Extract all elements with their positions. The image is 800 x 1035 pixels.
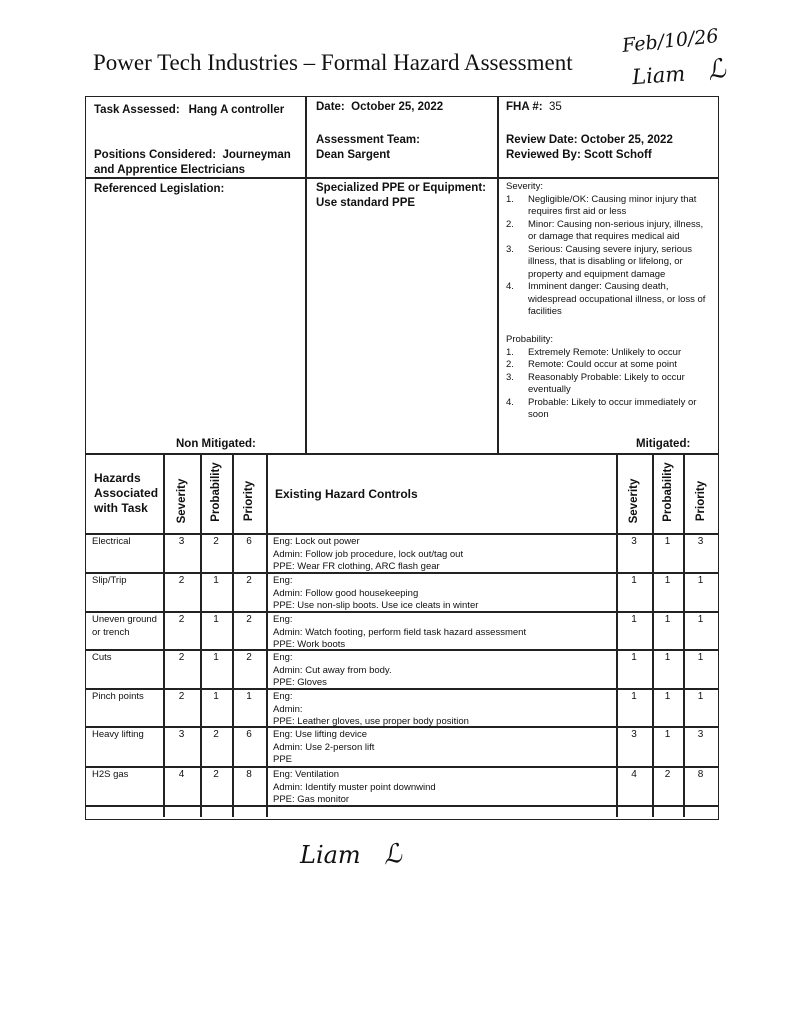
positions-considered-field: Positions Considered: Journeyman and App… [94,148,304,178]
hazard-name: Uneven ground or trench [86,611,163,649]
probability-legend-title: Probability: [506,334,714,347]
mitigated-probability-column-header-text: Probability [662,462,674,521]
hazard-controls: Eng:Admin:PPE: Leather gloves, use prope… [266,688,616,726]
non-mitigated-priority: 6 [232,533,266,572]
mitigated-priority: 3 [683,533,718,572]
mitigated-priority-column-header-text: Priority [695,481,707,521]
engineering-control: Eng: [273,614,616,627]
mitigated-priority: 1 [683,572,718,611]
mitigated-probability: 1 [652,688,683,726]
ppe-control: PPE [273,754,616,767]
document-title: Power Tech Industries – Formal Hazard As… [93,50,573,76]
engineering-control: Eng: Use lifting device [273,729,616,742]
non-mitigated-priority: 2 [232,649,266,688]
severity-legend-item-number: 2. [506,219,528,244]
hazard-name: Heavy lifting [86,726,163,766]
ppe-value: Use standard PPE [316,196,496,211]
hazard-table: Hazards Associated with TaskSeverityProb… [85,454,719,820]
severity-legend-title: Severity: [506,181,714,194]
severity-legend: Severity: 1.Negligible/OK: Causing minor… [506,181,714,319]
probability-legend-item-number: 2. [506,359,528,372]
task-assessed-field: Task Assessed: Hang A controller [94,100,304,118]
mitigated-probability: 1 [652,611,683,649]
mitigated-label: Mitigated: [636,437,716,452]
severity-legend-item: 3.Serious: Causing severe injury, seriou… [506,244,714,282]
admin-control: Admin: Follow job procedure, lock out/ta… [273,549,616,562]
severity-legend-item-number: 3. [506,244,528,282]
hazard-controls: Eng: Use lifting deviceAdmin: Use 2-pers… [266,726,616,766]
probability-legend-item-text: Probable: Likely to occur immediately or… [528,397,714,422]
handwritten-date: Feb/10/26 [621,25,719,57]
controls-column-header: Existing Hazard Controls [266,455,616,533]
mitigated-priority: 1 [683,688,718,726]
severity-legend-item-text: Imminent danger: Causing death, widespre… [528,281,714,319]
mitigated-priority: 3 [683,726,718,766]
probability-legend-list: 1.Extremely Remote: Unlikely to occur2.R… [506,347,714,422]
hazard-controls: Eng:Admin: Follow good housekeepingPPE: … [266,572,616,611]
severity-legend-item-number: 4. [506,281,528,319]
mitigated-severity-column-header-text: Severity [628,479,640,524]
mitigated-severity: 1 [616,688,652,726]
handwritten-signature-bottom: Liamℒ [300,840,401,870]
non-mitigated-severity: 2 [163,688,200,726]
severity-legend-list: 1.Negligible/OK: Causing minor injury th… [506,194,714,319]
priority-column-header-text: Priority [243,481,255,521]
admin-control: Admin: Watch footing, perform field task… [273,627,616,640]
mitigated-probability: 1 [652,572,683,611]
non-mitigated-priority: 2 [232,572,266,611]
mitigated-probability-column-header: Probability [652,455,683,533]
admin-control: Admin: Use 2-person lift [273,742,616,755]
handwritten-signature-top: Liamℒ [631,55,727,91]
probability-legend-item: 1.Extremely Remote: Unlikely to occur [506,347,714,360]
mitigated-probability: 2 [652,766,683,805]
probability-legend-item: 2.Remote: Could occur at some point [506,359,714,372]
probability-legend-item-number: 3. [506,372,528,397]
referenced-legislation-label: Referenced Legislation: [94,182,304,197]
severity-legend-item-text: Serious: Causing severe injury, serious … [528,244,714,282]
probability-legend-item-text: Extremely Remote: Unlikely to occur [528,347,681,360]
task-assessed-value: Hang A controller [189,104,285,116]
review-field: Review Date: October 25, 2022 Reviewed B… [506,133,716,163]
engineering-control: Eng: [273,575,616,588]
admin-control: Admin: Identify muster point downwind [273,782,616,795]
non-mitigated-probability: 2 [200,726,232,766]
mitigated-priority: 1 [683,611,718,649]
date-label: Date: [316,101,345,113]
signature-name: Liam [631,62,686,90]
assessment-team-field: Assessment Team: Dean Sargent [316,133,496,163]
non-mitigated-probability: 1 [200,688,232,726]
non-mitigated-probability: 2 [200,766,232,805]
hazard-controls: Eng:Admin: Cut away from body.PPE: Glove… [266,649,616,688]
probability-legend-item-number: 1. [506,347,528,360]
hazard-name: H2S gas [86,766,163,805]
specialized-ppe-field: Specialized PPE or Equipment: Use standa… [316,181,496,211]
date-value: October 25, 2022 [351,101,443,113]
hazard-controls: Eng: Lock out powerAdmin: Follow job pro… [266,533,616,572]
probability-legend-item-text: Remote: Could occur at some point [528,359,677,372]
probability-legend-item: 3.Reasonably Probable: Likely to occur e… [506,372,714,397]
mitigated-priority: 1 [683,649,718,688]
non-mitigated-severity: 2 [163,649,200,688]
mitigated-probability: 1 [652,726,683,766]
non-mitigated-priority: 1 [232,688,266,726]
mitigated-probability: 1 [652,533,683,572]
non-mitigated-severity: 4 [163,766,200,805]
task-assessed-label: Task Assessed: [94,104,180,116]
non-mitigated-probability: 1 [200,649,232,688]
admin-control: Admin: [273,704,616,717]
fha-number-field: FHA #: 35 [506,100,716,115]
positions-label: Positions Considered: [94,149,216,161]
probability-column-header-text: Probability [210,462,222,521]
mitigated-severity: 3 [616,726,652,766]
non-mitigated-probability: 1 [200,611,232,649]
mitigated-severity: 4 [616,766,652,805]
probability-column-header: Probability [200,455,232,533]
blank-row [86,805,718,817]
engineering-control: Eng: [273,652,616,665]
hazards-column-header: Hazards Associated with Task [86,455,163,533]
team-label: Assessment Team: [316,133,496,148]
probability-legend: Probability: 1.Extremely Remote: Unlikel… [506,334,714,422]
non-mitigated-label: Non Mitigated: [176,437,301,452]
severity-legend-item-text: Minor: Causing non-serious injury, illne… [528,219,714,244]
engineering-control: Eng: Lock out power [273,536,616,549]
mitigated-probability: 1 [652,649,683,688]
priority-column-header: Priority [232,455,266,533]
engineering-control: Eng: Ventilation [273,769,616,782]
hazard-name: Electrical [86,533,163,572]
non-mitigated-severity: 3 [163,726,200,766]
team-value: Dean Sargent [316,148,496,163]
admin-control: Admin: Follow good housekeeping [273,588,616,601]
mitigated-severity: 1 [616,572,652,611]
mitigated-severity-column-header: Severity [616,455,652,533]
severity-legend-item-number: 1. [506,194,528,219]
severity-legend-item: 2.Minor: Causing non-serious injury, ill… [506,219,714,244]
probability-legend-item-text: Reasonably Probable: Likely to occur eve… [528,372,714,397]
non-mitigated-probability: 2 [200,533,232,572]
non-mitigated-priority: 2 [232,611,266,649]
ppe-label: Specialized PPE or Equipment: [316,181,496,196]
hazard-controls: Eng:Admin: Watch footing, perform field … [266,611,616,649]
non-mitigated-priority: 8 [232,766,266,805]
non-mitigated-severity: 2 [163,572,200,611]
severity-legend-item-text: Negligible/OK: Causing minor injury that… [528,194,714,219]
fha-value: 35 [549,101,562,113]
mitigated-severity: 1 [616,649,652,688]
non-mitigated-priority: 6 [232,726,266,766]
date-field: Date: October 25, 2022 [316,100,496,115]
non-mitigated-probability: 1 [200,572,232,611]
mitigated-priority-column-header: Priority [683,455,718,533]
reviewed-by-label: Reviewed By: [506,149,581,161]
signature-flourish-icon: ℒ [380,839,404,872]
hazard-name: Pinch points [86,688,163,726]
hazard-controls: Eng: VentilationAdmin: Identify muster p… [266,766,616,805]
hazard-name: Cuts [86,649,163,688]
non-mitigated-severity: 3 [163,533,200,572]
mitigated-severity: 1 [616,611,652,649]
signature-flourish-icon: ℒ [704,54,729,88]
mitigated-severity: 3 [616,533,652,572]
assessment-info-section: Task Assessed: Hang A controller Positio… [85,96,719,454]
probability-legend-item: 4.Probable: Likely to occur immediately … [506,397,714,422]
reviewed-by-value: Scott Schoff [584,149,652,161]
non-mitigated-severity: 2 [163,611,200,649]
probability-legend-item-number: 4. [506,397,528,422]
hazard-name: Slip/Trip [86,572,163,611]
engineering-control: Eng: [273,691,616,704]
mitigated-priority: 8 [683,766,718,805]
severity-column-header-text: Severity [176,479,188,524]
fha-label: FHA #: [506,101,543,113]
footer-signature-name: Liam [300,841,361,869]
severity-legend-item: 4.Imminent danger: Causing death, widesp… [506,281,714,319]
admin-control: Admin: Cut away from body. [273,665,616,678]
severity-legend-item: 1.Negligible/OK: Causing minor injury th… [506,194,714,219]
severity-column-header: Severity [163,455,200,533]
review-date-label: Review Date: [506,134,578,146]
review-date-value: October 25, 2022 [581,134,673,146]
